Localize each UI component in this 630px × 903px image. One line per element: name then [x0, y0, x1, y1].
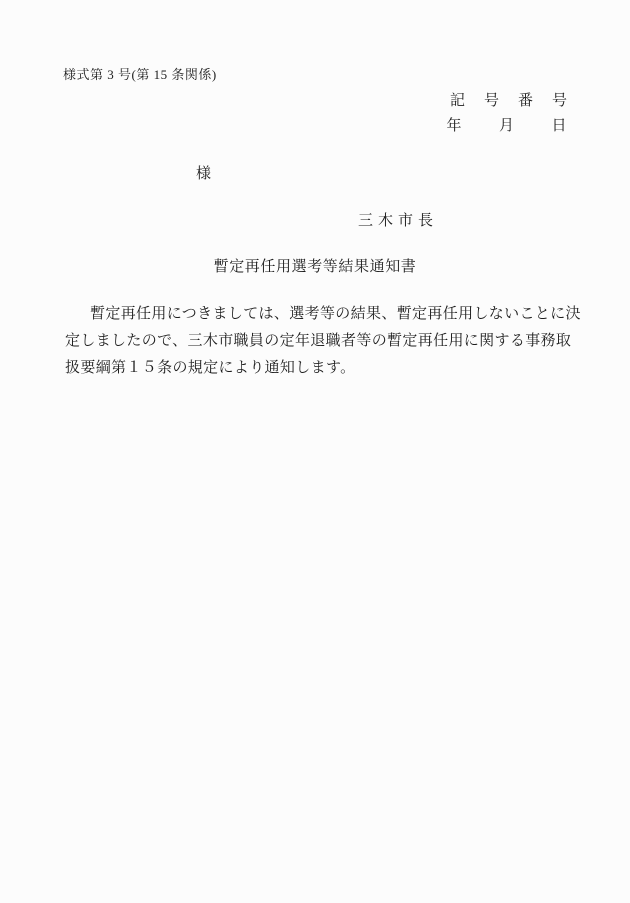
- sender-name: 三木市長: [358, 209, 438, 230]
- form-number-label: 様式第 3 号(第 15 条関係): [63, 64, 217, 83]
- document-page: 様式第 3 号(第 15 条関係) 記 号 番 号 年 月 日 様 三木市長 暫…: [0, 0, 630, 903]
- body-line-2: 定しましたので、三木市職員の定年退職者等の暫定再任用に関する事務取: [65, 328, 571, 355]
- body-paragraph: 暫定再任用につきましては、選考等の結果、暫定再任用しないことに決 定しましたので…: [65, 301, 571, 382]
- body-line-1: 暫定再任用につきましては、選考等の結果、暫定再任用しないことに決: [65, 301, 571, 328]
- document-title: 暫定再任用選考等結果通知書: [0, 255, 630, 276]
- body-line-3: 扱要綱第１５条の規定により通知します。: [65, 355, 571, 382]
- addressee-honorific: 様: [196, 162, 211, 183]
- date-line: 年 月 日: [446, 114, 569, 135]
- reference-number-line: 記 号 番 号: [450, 89, 569, 110]
